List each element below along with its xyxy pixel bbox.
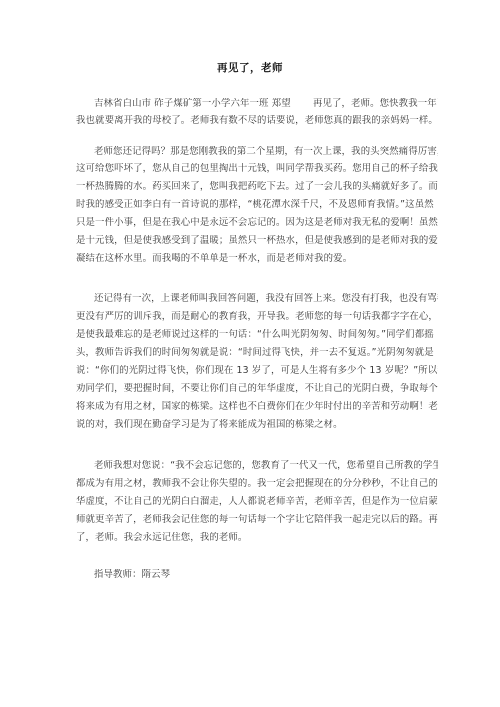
- paragraph-4-line-3: 华虚度，不让自己的光阴白白溜走，人人都说老师辛苦，老师辛苦，但是作为一位启蒙教: [76, 496, 438, 508]
- document-title: 再见了，老师: [0, 60, 500, 75]
- paragraph-2-line-1: 老师您还记得吗？那是您刚教我的第二个星期，有一次上课，我的头突然痛得厉害，: [94, 146, 438, 158]
- paragraph-3-line-7: 将来成为有用之材，国家的栋梁。这样也不白费你们在少年时付出的辛苦和劳动啊！老师: [76, 401, 438, 413]
- paragraph-4-line-5: 了，老师。我会永远记住您，我的老师。: [76, 532, 438, 544]
- paragraph-2-line-3: 一杯热腾腾的水。药买回来了，您叫我把药吃下去。过了一会儿我的头痛就好多了。而此: [76, 181, 438, 193]
- paragraph-2-line-7: 凝结在这杯水里。而我喝的不单单是一杯水，而是老师对我的爱。: [76, 253, 438, 265]
- paragraph-1-line-2: 我也就要离开我的母校了。老师我有数不尽的话要说，老师您真的跟我的亲妈妈一样。: [76, 115, 438, 127]
- paragraph-3-line-4: 头，教师告诉我们的时间匆匆就是说：“时间过得飞快，并一去不复返。”光阴匆匆就是: [76, 347, 438, 359]
- paragraph-3-line-8: 说的对，我们现在勤奋学习是为了将来能成为祖国的栋梁之材。: [76, 419, 438, 431]
- paragraph-2-line-5: 只是一件小事，但是在我心中是永远不会忘记的。因为这是老师对我无私的爱啊！虽然只: [76, 217, 438, 229]
- paragraph-1-line-1: 吉林省白山市 砟子煤矿第一小学六年一班 郑望 再见了，老师。您快教我一年了，: [94, 98, 438, 110]
- paragraph-2-line-4: 时我的感受正如李白有一首诗说的那样，“桃花潭水深千尺，不及恩师育我情。”这虽然: [76, 199, 438, 211]
- paragraph-4-line-1: 老师我想对您说：“我不会忘记您的，您教育了一代又一代，您希望自己所教的学生: [94, 460, 438, 472]
- paragraph-2-line-2: 这可给您吓坏了，您从自己的包里掏出十元钱，叫同学帮我买药。您用自己的杯子给我倒: [76, 163, 438, 175]
- paragraph-3-line-2: 更没有严厉的训斥我，而是耐心的教育我，开导我。老师您的每一句话我都字字在心，但: [76, 311, 438, 323]
- paragraph-3-line-5: 说：“你们的光阴过得飞快，你们现在 13 岁了，可是人生将有多少个 13 岁呢？…: [76, 365, 438, 377]
- document-page: 再见了，老师 吉林省白山市 砟子煤矿第一小学六年一班 郑望 再见了，老师。您快教…: [0, 0, 500, 707]
- paragraph-3-line-3: 是使我最难忘的是老师说过这样的一句话：“什么叫光阴匆匆、时间匆匆。”同学们都摇: [76, 329, 438, 341]
- paragraph-4-line-4: 师就更辛苦了，老师我会记住您的每一句话每一个字让它陪伴我一起走完以后的路。再见: [76, 514, 438, 526]
- paragraph-3-line-6: 劝同学们，要把握时间，不要让你们自己的年华虚度，不让自己的光阴白费，争取每个人: [76, 383, 438, 395]
- paragraph-4-line-2: 都成为有用之材，教师我不会让你失望的。我一定会把握现在的分分秒秒，不让自己的年: [76, 478, 438, 490]
- signature: 指导教师：隋云琴: [94, 569, 456, 581]
- paragraph-3-line-1: 还记得有一次，上课老师叫我回答问题，我没有回答上来。您没有打我，也没有骂我，: [94, 293, 438, 305]
- paragraph-2-line-6: 是十元钱，但是使我感受到了温暖；虽然只一杯热水，但是使我感到的是老师对我的爱都: [76, 235, 438, 247]
